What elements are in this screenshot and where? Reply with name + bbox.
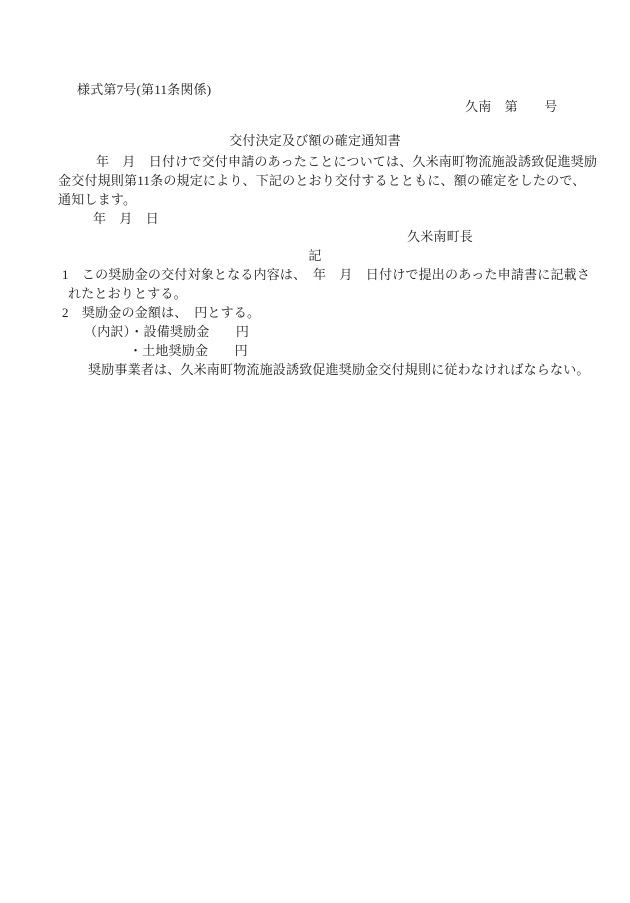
document-title: 交付決定及び額の確定通知書	[0, 131, 630, 150]
list-item-1-line-1: 1 この奨励金の交付対象となる内容は、 年 月 日付けで提出のあった申請書に記載…	[62, 265, 590, 284]
date-line: 年 月 日	[93, 209, 159, 228]
signer-title: 久米南町長	[407, 227, 473, 246]
body-paragraph-line-2: 金交付規則第11条の規定により、下記のとおり交付するとともに、額の確定をしたので…	[58, 171, 585, 190]
body-paragraph-line-3: 通知します。	[58, 190, 136, 209]
form-number-label: 様式第7号(第11条関係)	[77, 80, 211, 99]
document-number: 久南 第 号	[465, 97, 557, 116]
list-item-1-line-2: れたとおりとする。	[68, 284, 187, 303]
record-marker: 記	[0, 246, 630, 265]
body-paragraph-line-1: 年 月 日付けで交付申請のあったことについては、久米南町物流施設誘致促進奨励	[96, 152, 597, 171]
document-page: 様式第7号(第11条関係) 久南 第 号 交付決定及び額の確定通知書 年 月 日…	[0, 0, 630, 903]
breakdown-equipment-line: （内訳）・設備奨励金 円	[84, 322, 249, 341]
list-item-2: 2 奨励金の金額は、 円とする。	[62, 303, 260, 322]
breakdown-land-line: ・土地奨励金 円	[129, 341, 248, 360]
closing-obligation-line: 奨励事業者は、久米南町物流施設誘致促進奨励金交付規則に従わなければならない。	[88, 360, 590, 379]
